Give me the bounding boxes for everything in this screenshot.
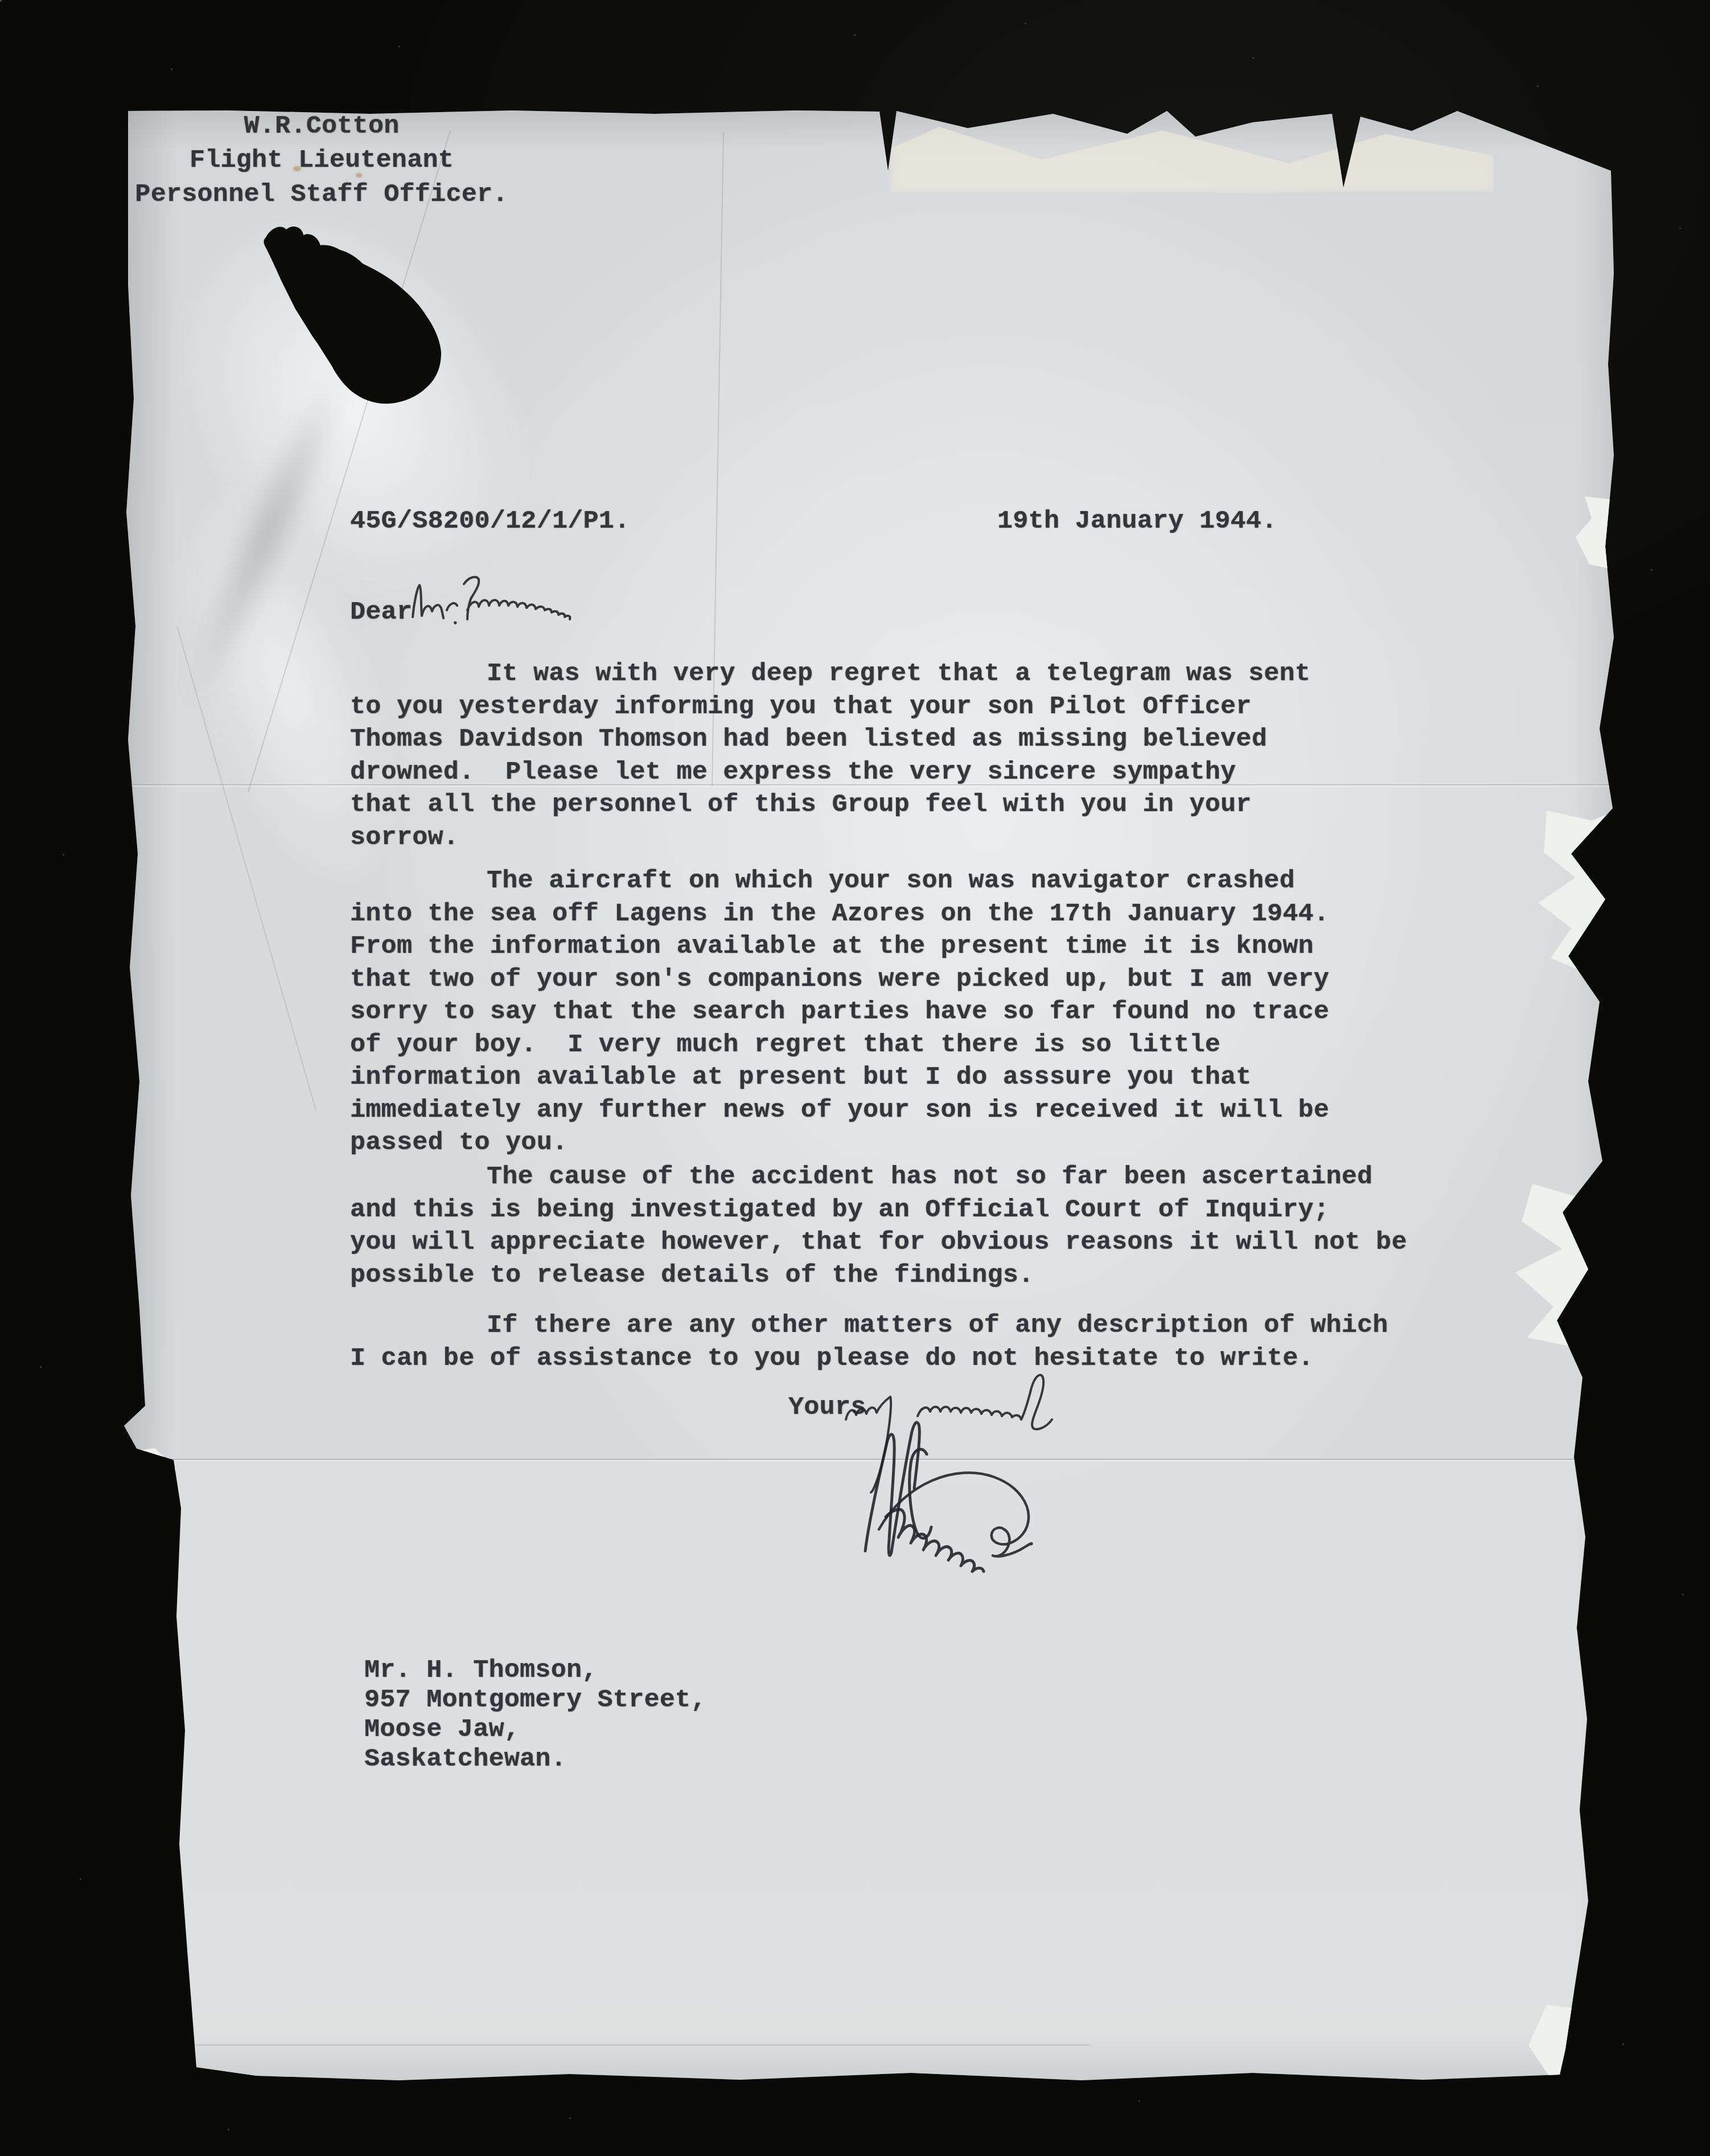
signatory-rank: Flight Lieutenant: [122, 143, 521, 178]
paragraph-3: The cause of the accident has not so far…: [350, 1161, 1477, 1291]
paper-shading-right: [1575, 109, 1615, 2081]
torn-top-edge-layer: [891, 120, 1494, 192]
paper-shading-left: [122, 109, 176, 2081]
recipient-city: Moose Jaw,: [364, 1715, 706, 1744]
salutation: Dear: [350, 596, 412, 629]
recipient-street: 957 Montgomery Street,: [364, 1685, 706, 1715]
letter-date: 19th January 1944.: [997, 505, 1277, 538]
letter-page: 45G/S8200/12/1/P1. 19th January 1944. De…: [122, 109, 1615, 2081]
paragraph-1: It was with very deep regret that a tele…: [350, 657, 1477, 854]
signature-block: W.R.Cotton Flight Lieutenant Personnel S…: [122, 109, 521, 212]
paragraph-4: If there are any other matters of any de…: [350, 1309, 1477, 1375]
signature-autograph: [854, 1409, 1047, 1659]
paper-shading-bottom: [122, 2033, 1615, 2081]
recipient-name: Mr. H. Thomson,: [364, 1656, 706, 1685]
signatory-name: W.R.Cotton: [122, 109, 521, 143]
scan-background: 45G/S8200/12/1/P1. 19th January 1944. De…: [0, 0, 1710, 2156]
torn-edge-patch: [1571, 496, 1617, 570]
handwritten-recipient-name: [407, 570, 578, 639]
torn-edge-patch: [122, 1448, 176, 1496]
recipient-province: Saskatchewan.: [364, 1744, 706, 1774]
torn-edge-patch: [1534, 810, 1617, 978]
signatory-title: Personnel Staff Officer.: [122, 178, 521, 212]
torn-hole: [253, 215, 470, 419]
recipient-address: Mr. H. Thomson, 957 Montgomery Street, M…: [364, 1656, 706, 1774]
torn-edge-patch: [1528, 2005, 1602, 2079]
crease-line: [176, 626, 316, 1111]
dust-specks: [0, 0, 2, 2]
crease-line: [122, 2044, 1090, 2046]
paragraph-2: The aircraft on which your son was navig…: [350, 865, 1477, 1159]
file-reference: 45G/S8200/12/1/P1.: [350, 505, 630, 538]
torn-edge-patch: [1511, 1184, 1617, 1355]
